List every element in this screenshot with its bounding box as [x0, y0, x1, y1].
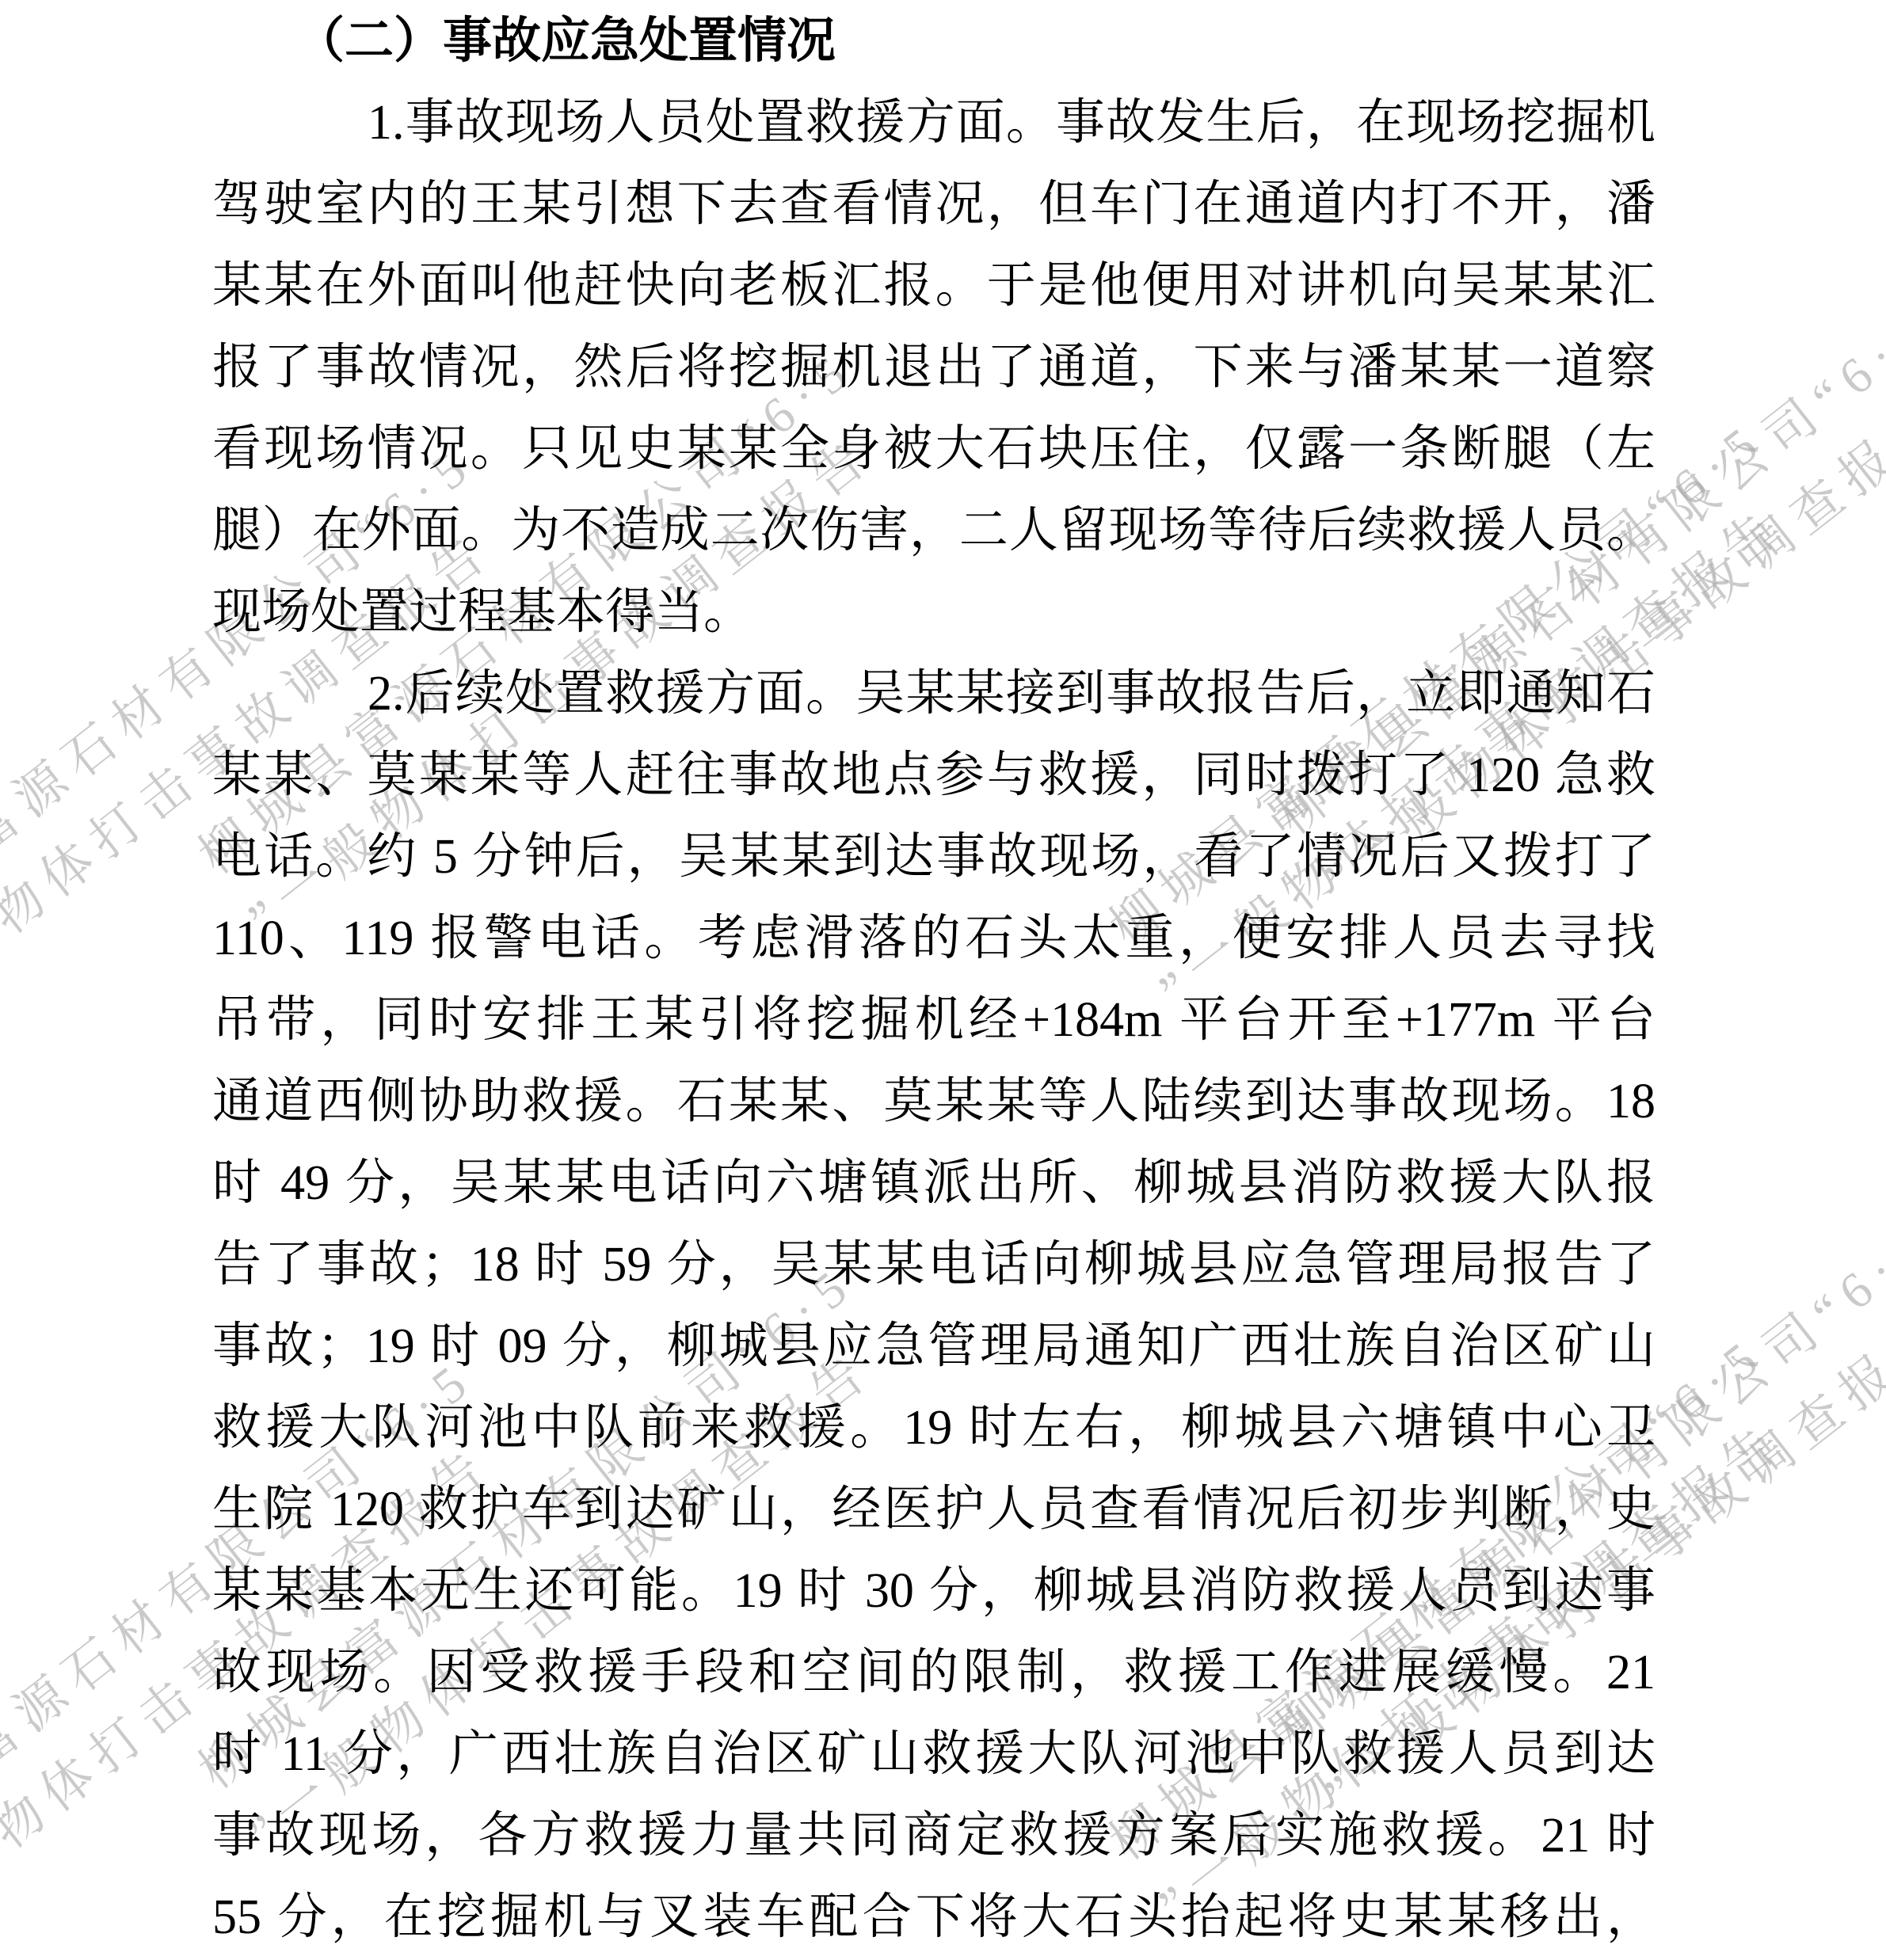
text-line: 腿）在外面。为不造成二次伤害，二人留现场等待后续救援人员。 — [212, 490, 1655, 572]
text-line: 看现场情况。只见史某某全身被大石块压住，仅露一条断腿（左 — [212, 409, 1655, 490]
section-heading: （二）事故应急处置情况 — [212, 1, 1655, 82]
text-line: 驾驶室内的王某引想下去查看情况，但车门在通道内打不开，潘 — [212, 164, 1655, 245]
text-line: 55 分，在挖掘机与叉装车配合下将大石头抬起将史某某移出， — [212, 1877, 1655, 1958]
text-line: 事故现场，各方救援力量共同商定救援方案后实施救援。21 时 — [212, 1795, 1655, 1877]
text-line: 告了事故；18 时 59 分，吴某某电话向柳城县应急管理局报告了 — [212, 1224, 1655, 1306]
text-line: 2.后续处置救援方面。吴某某接到事故报告后，立即通知石 — [212, 653, 1655, 735]
text-line: 某某在外面叫他赶快向老板汇报。于是他便用对讲机向吴某某汇 — [212, 245, 1655, 327]
text-line: 救援大队河池中队前来救援。19 时左右，柳城县六塘镇中心卫 — [212, 1387, 1655, 1469]
document-body: （二）事故应急处置情况 1.事故现场人员处置救援方面。事故发生后，在现场挖掘机驾… — [212, 1, 1655, 1958]
text-line: 时 11 分，广西壮族自治区矿山救援大队河池中队救援人员到达 — [212, 1714, 1655, 1795]
document-page: 柳城县富源石材有限公司“6·5”一般物体打击事故调查报告柳城县富源石材有限公司“… — [0, 0, 1886, 1960]
text-line: 报了事故情况，然后将挖掘机退出了通道，下来与潘某某一道察 — [212, 327, 1655, 409]
text-line: 生院 120 救护车到达矿山，经医护人员查看情况后初步判断，史 — [212, 1469, 1655, 1551]
text-line: 某某基本无生还可能。19 时 30 分，柳城县消防救援人员到达事 — [212, 1551, 1655, 1632]
text-line: 故现场。因受救援手段和空间的限制，救援工作进展缓慢。21 — [212, 1632, 1655, 1714]
text-line: 1.事故现场人员处置救援方面。事故发生后，在现场挖掘机 — [212, 82, 1655, 164]
text-lines: 1.事故现场人员处置救援方面。事故发生后，在现场挖掘机驾驶室内的王某引想下去查看… — [212, 82, 1655, 1958]
text-line: 现场处置过程基本得当。 — [212, 572, 1655, 653]
text-line: 110、119 报警电话。考虑滑落的石头太重，便安排人员去寻找 — [212, 898, 1655, 980]
text-line: 某某、莫某某等人赶往事故地点参与救援，同时拨打了 120 急救 — [212, 735, 1655, 816]
text-line: 事故；19 时 09 分，柳城县应急管理局通知广西壮族自治区矿山 — [212, 1306, 1655, 1387]
text-line: 通道西侧协助救援。石某某、莫某某等人陆续到达事故现场。18 — [212, 1061, 1655, 1143]
text-line: 时 49 分，吴某某电话向六塘镇派出所、柳城县消防救援大队报 — [212, 1143, 1655, 1224]
text-line: 电话。约 5 分钟后，吴某某到达事故现场，看了情况后又拨打了 — [212, 816, 1655, 898]
text-line: 吊带，同时安排王某引将挖掘机经+184m 平台开至+177m 平台 — [212, 980, 1655, 1061]
